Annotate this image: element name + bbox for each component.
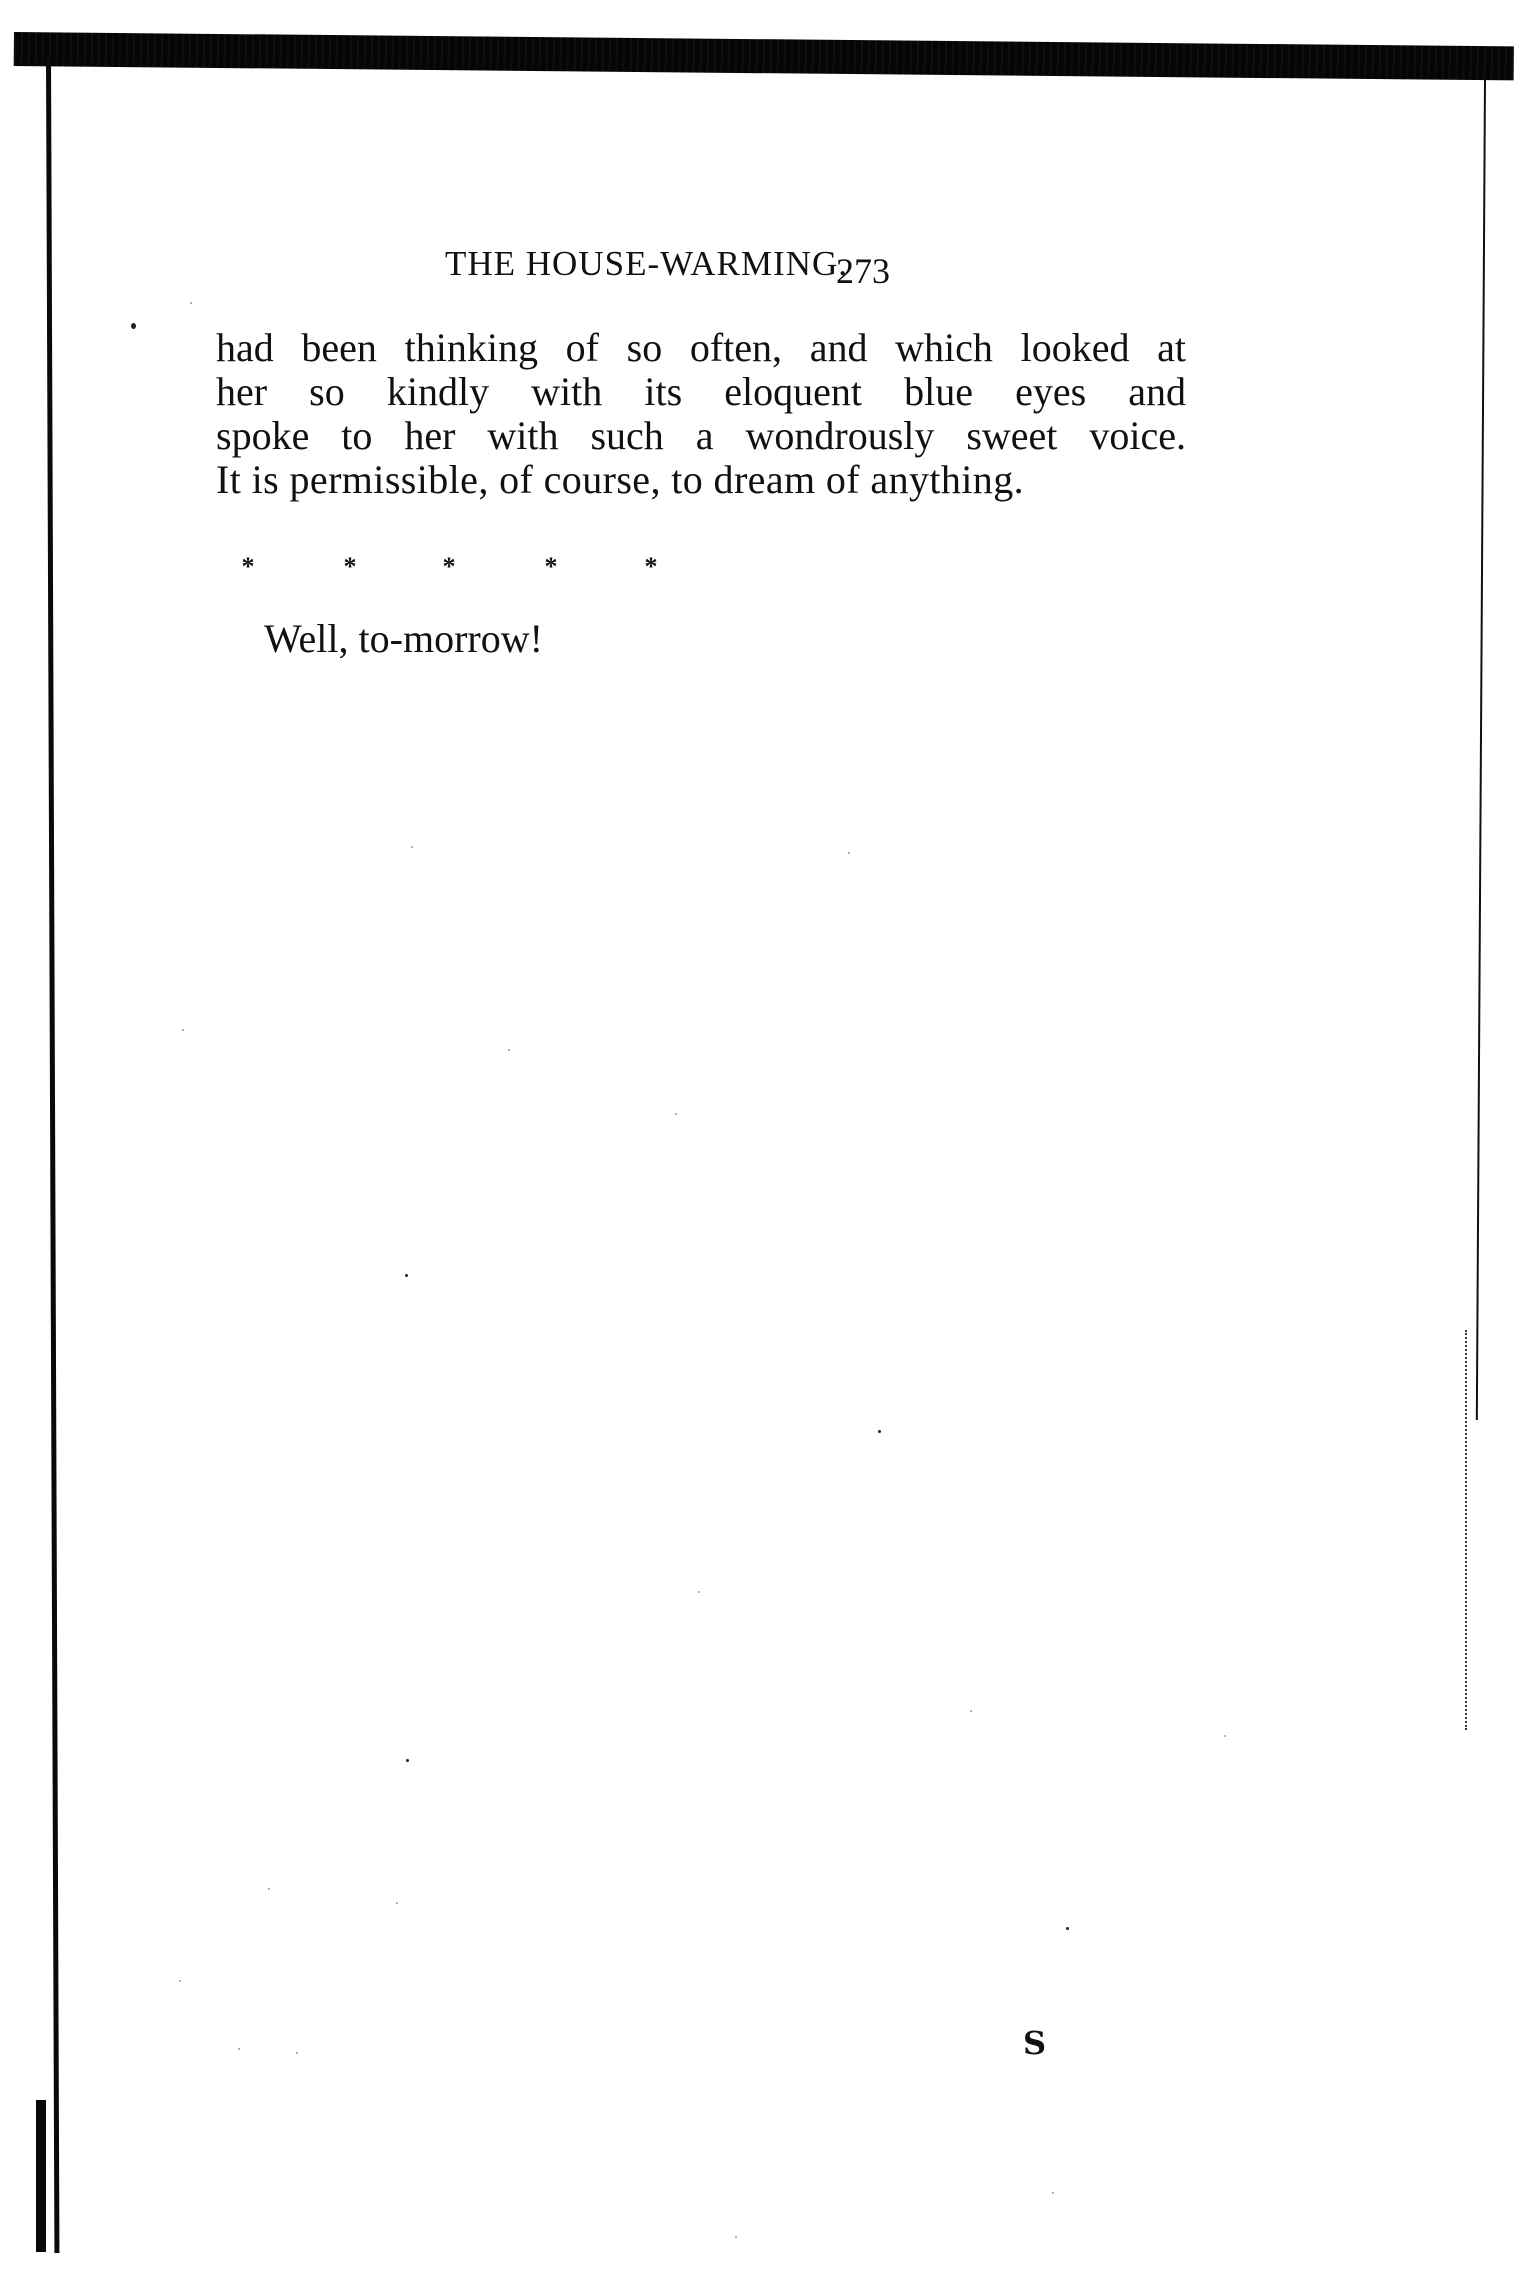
- body-line: had been thinking of so often, and which…: [216, 326, 1186, 370]
- scan-speck: [970, 1710, 972, 1712]
- body-line: her so kindly with its eloquent blue eye…: [216, 370, 1186, 414]
- scan-speck: [1066, 1927, 1069, 1930]
- page-number: 273: [836, 250, 890, 292]
- scan-speck: [131, 323, 136, 329]
- body-line: spoke to her with such a wondrously swee…: [216, 414, 1186, 458]
- asterisk-mark: *: [645, 552, 658, 582]
- page-edge-right: [1476, 80, 1486, 1420]
- asterisk-mark: *: [545, 552, 558, 582]
- asterisk-mark: *: [344, 552, 357, 582]
- scan-speck: [296, 2052, 298, 2054]
- scan-speck: [179, 1980, 181, 1982]
- scan-speck: [698, 1591, 700, 1593]
- scan-speck: [675, 1113, 677, 1115]
- scan-speck: [508, 1049, 510, 1051]
- asterisk-mark: *: [443, 552, 456, 582]
- scan-speck: [396, 1902, 398, 1904]
- page-edge-left: [46, 58, 59, 2253]
- scan-top-band: [14, 32, 1514, 80]
- body-line: It is permissible, of course, to dream o…: [216, 458, 1186, 502]
- scan-speck: [190, 302, 192, 304]
- signature-mark: S: [1023, 2024, 1046, 2062]
- scan-speck: [411, 846, 413, 848]
- page-edge-right-faded: [1465, 1330, 1467, 1730]
- scan-speck: [735, 2236, 737, 2238]
- section-break-asterism: * * * * *: [0, 552, 1516, 592]
- scan-speck: [848, 852, 850, 854]
- scan-speck: [406, 1759, 409, 1762]
- body-paragraph: had been thinking of so often, and which…: [216, 326, 1186, 502]
- page-edge-left-bottom: [36, 2100, 46, 2252]
- scan-speck: [1224, 1735, 1226, 1737]
- scan-speck: [405, 1274, 408, 1277]
- scan-speck: [878, 1430, 881, 1433]
- scan-speck: [238, 2048, 240, 2050]
- asterisk-mark: *: [242, 552, 255, 582]
- running-head: THE HOUSE-WARMING.: [445, 244, 848, 284]
- closing-line: Well, to-morrow!: [264, 615, 543, 662]
- scan-speck: [268, 1888, 270, 1890]
- scan-speck: [182, 1029, 184, 1031]
- scan-speck: [1052, 2192, 1054, 2194]
